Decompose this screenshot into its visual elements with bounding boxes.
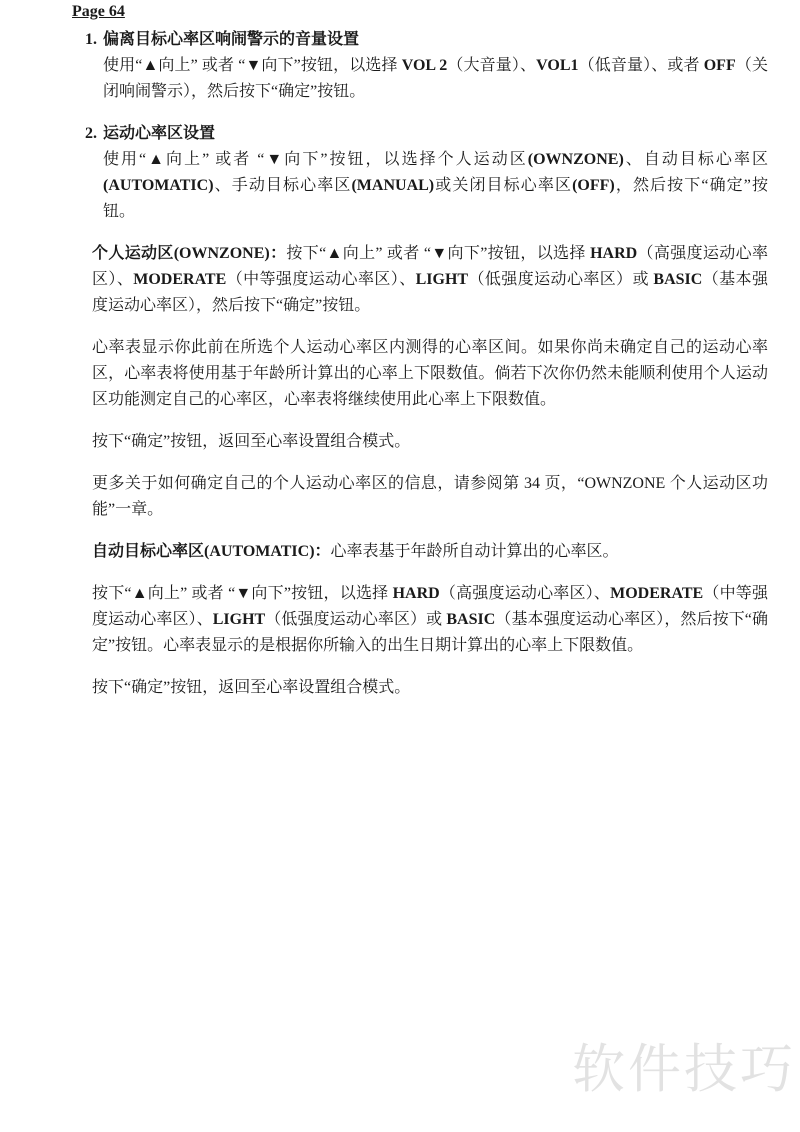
bold-text: MODERATE: [133, 271, 226, 288]
text: （大音量）、: [447, 57, 536, 74]
watermark-text: 软件技巧: [572, 1042, 796, 1098]
text: 按下“确定”按钮，返回至心率设置组合模式。: [92, 679, 410, 696]
bold-text: MODERATE: [610, 585, 703, 602]
list-item-body: 使用“▲向上” 或者 “▼向下”按钮，以选择 VOL 2（大音量）、VOL1（低…: [103, 53, 768, 105]
bold-text: (OFF): [572, 177, 615, 194]
list-item-title: 运动心率区设置: [103, 121, 768, 147]
text: （低音量）、或者: [579, 57, 704, 74]
text: 心率表基于年龄所自动计算出的心率区。: [331, 543, 619, 560]
text: 使用“▲向上” 或者 “▼向下”按钮，以选择个人运动区: [103, 151, 528, 168]
list-item-number: 1.: [85, 27, 103, 105]
list-item-content: 偏离目标心率区响闹警示的音量设置使用“▲向上” 或者 “▼向下”按钮，以选择 V…: [103, 27, 768, 105]
list-item-title: 偏离目标心率区响闹警示的音量设置: [103, 27, 768, 53]
bold-text: OFF: [704, 57, 736, 74]
paragraph: 更多关于如何确定自己的个人运动心率区的信息，请参阅第 34 页，“OWNZONE…: [92, 471, 768, 523]
text: 或关闭目标心率区: [434, 177, 572, 194]
bold-text: (MANUAL): [351, 177, 434, 194]
text: 更多关于如何确定自己的个人运动心率区的信息，请参阅第 34 页，“OWNZONE…: [92, 475, 768, 518]
list-item: 2.运动心率区设置使用“▲向上” 或者 “▼向下”按钮，以选择个人运动区(OWN…: [92, 121, 768, 225]
list-item: 1.偏离目标心率区响闹警示的音量设置使用“▲向上” 或者 “▼向下”按钮，以选择…: [92, 27, 768, 105]
list-item-content: 运动心率区设置使用“▲向上” 或者 “▼向下”按钮，以选择个人运动区(OWNZO…: [103, 121, 768, 225]
bold-text: (OWNZONE): [528, 151, 624, 168]
paragraph: 按下“▲向上” 或者 “▼向下”按钮，以选择 HARD（高强度运动心率区）、MO…: [92, 581, 768, 659]
bold-text: 自动目标心率区(AUTOMATIC)：: [92, 543, 331, 560]
bold-text: 个人运动区(OWNZONE)：: [92, 245, 286, 262]
bold-text: VOL 2: [402, 57, 448, 74]
text: 、自动目标心率区: [624, 151, 768, 168]
bold-text: LIGHT: [416, 271, 468, 288]
list-item-number: 2.: [85, 121, 103, 225]
text: （中等强度运动心率区）、: [226, 271, 415, 288]
text: 、手动目标心率区: [214, 177, 352, 194]
paragraph: 心率表显示你此前在所选个人运动心率区内测得的心率区间。如果你尚未确定自己的运动心…: [92, 335, 768, 413]
text: （高强度运动心率区）、: [440, 585, 610, 602]
bold-text: VOL1: [536, 57, 578, 74]
paragraph: 按下“确定”按钮，返回至心率设置组合模式。: [92, 429, 768, 455]
bold-text: LIGHT: [213, 611, 265, 628]
list-item-body: 使用“▲向上” 或者 “▼向下”按钮，以选择个人运动区(OWNZONE)、自动目…: [103, 147, 768, 225]
text: 按下“确定”按钮，返回至心率设置组合模式。: [92, 433, 410, 450]
text: 使用“▲向上” 或者 “▼向下”按钮，以选择: [103, 57, 402, 74]
text: （低强度运动心率区）或: [265, 611, 446, 628]
bold-text: HARD: [590, 245, 637, 262]
page-title: Page 64: [72, 2, 800, 22]
text: （低强度运动心率区）或: [468, 271, 653, 288]
text: 按下“▲向上” 或者 “▼向下”按钮，以选择: [286, 245, 590, 262]
paragraph: 个人运动区(OWNZONE)：按下“▲向上” 或者 “▼向下”按钮，以选择 HA…: [92, 241, 768, 319]
bold-text: (AUTOMATIC): [103, 177, 214, 194]
bold-text: BASIC: [653, 271, 702, 288]
document-page: Page 64 1.偏离目标心率区响闹警示的音量设置使用“▲向上” 或者 “▼向…: [0, 0, 800, 1132]
bold-text: HARD: [393, 585, 440, 602]
paragraph: 按下“确定”按钮，返回至心率设置组合模式。: [92, 675, 768, 701]
bold-text: BASIC: [446, 611, 495, 628]
document-body: 1.偏离目标心率区响闹警示的音量设置使用“▲向上” 或者 “▼向下”按钮，以选择…: [92, 27, 768, 701]
text: 心率表显示你此前在所选个人运动心率区内测得的心率区间。如果你尚未确定自己的运动心…: [92, 339, 768, 408]
text: 按下“▲向上” 或者 “▼向下”按钮，以选择: [92, 585, 393, 602]
paragraph: 自动目标心率区(AUTOMATIC)：心率表基于年龄所自动计算出的心率区。: [92, 539, 768, 565]
